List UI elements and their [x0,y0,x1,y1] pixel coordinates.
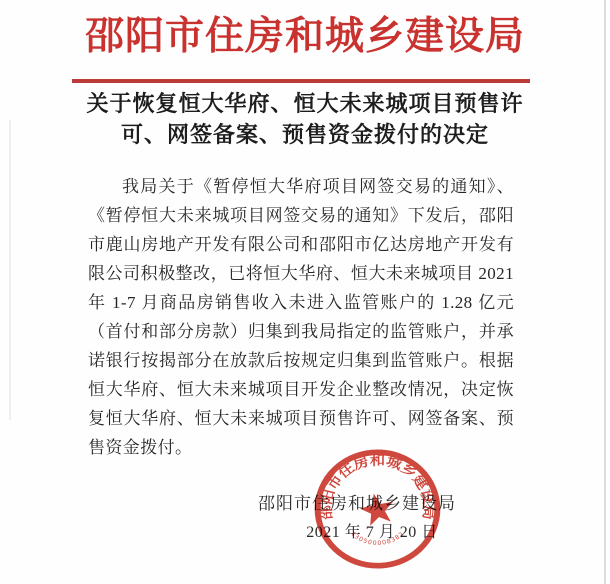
official-seal: 邵阳市住房和城乡建设局 430500008382 [311,446,444,572]
body-paragraph: 我局关于《暂停恒大华府项目网签交易的通知》、《暂停恒大未来城项目网签交易的通知》… [88,172,514,462]
red-star-icon [357,490,397,527]
document-page: 邵阳市住房和城乡建设局 关于恢复恒大华府、恒大未来城项目预售许 可、网签备案、预… [0,0,610,584]
red-divider-rule [72,79,530,83]
scan-edge-right [604,0,606,584]
document-title-line1: 关于恢复恒大华府、恒大未来城项目预售许 [0,88,610,119]
document-title-line2: 可、网签备案、预售资金拨付的决定 [0,119,610,150]
scan-edge-left [9,120,11,420]
seal-code-text: 430500008382 [349,531,406,547]
svg-text:430500008382: 430500008382 [349,531,406,547]
document-title: 关于恢复恒大华府、恒大未来城项目预售许 可、网签备案、预售资金拨付的决定 [0,88,610,150]
document-header-org-name: 邵阳市住房和城乡建设局 [0,5,610,61]
